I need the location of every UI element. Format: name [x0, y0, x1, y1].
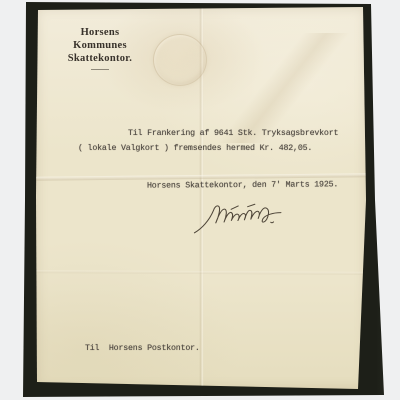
diagonal-crease [204, 33, 354, 143]
dateline: Horsens Skattekontor, den 7' Marts 1925. [147, 180, 338, 190]
letterhead-line2: Skattekontor. [54, 52, 146, 65]
photo-background: Horsens Kommunes Skattekontor. Til Frank… [0, 0, 400, 400]
handwritten-signature-icon [190, 193, 295, 237]
embossed-seal-icon [153, 34, 207, 86]
body-line2: ( lokale Valgkort ) fremsendes hermed Kr… [78, 144, 312, 153]
letterhead-divider [91, 69, 109, 70]
letterhead-line1: Horsens Kommunes [54, 26, 146, 52]
letterhead: Horsens Kommunes Skattekontor. [54, 26, 146, 70]
body-line1: Til Frankering af 9641 Stk. Tryksagsbrev… [128, 129, 338, 138]
footer-recipient: Til Horsens Postkontor. [85, 344, 200, 353]
letter-paper: Horsens Kommunes Skattekontor. Til Frank… [36, 7, 366, 389]
